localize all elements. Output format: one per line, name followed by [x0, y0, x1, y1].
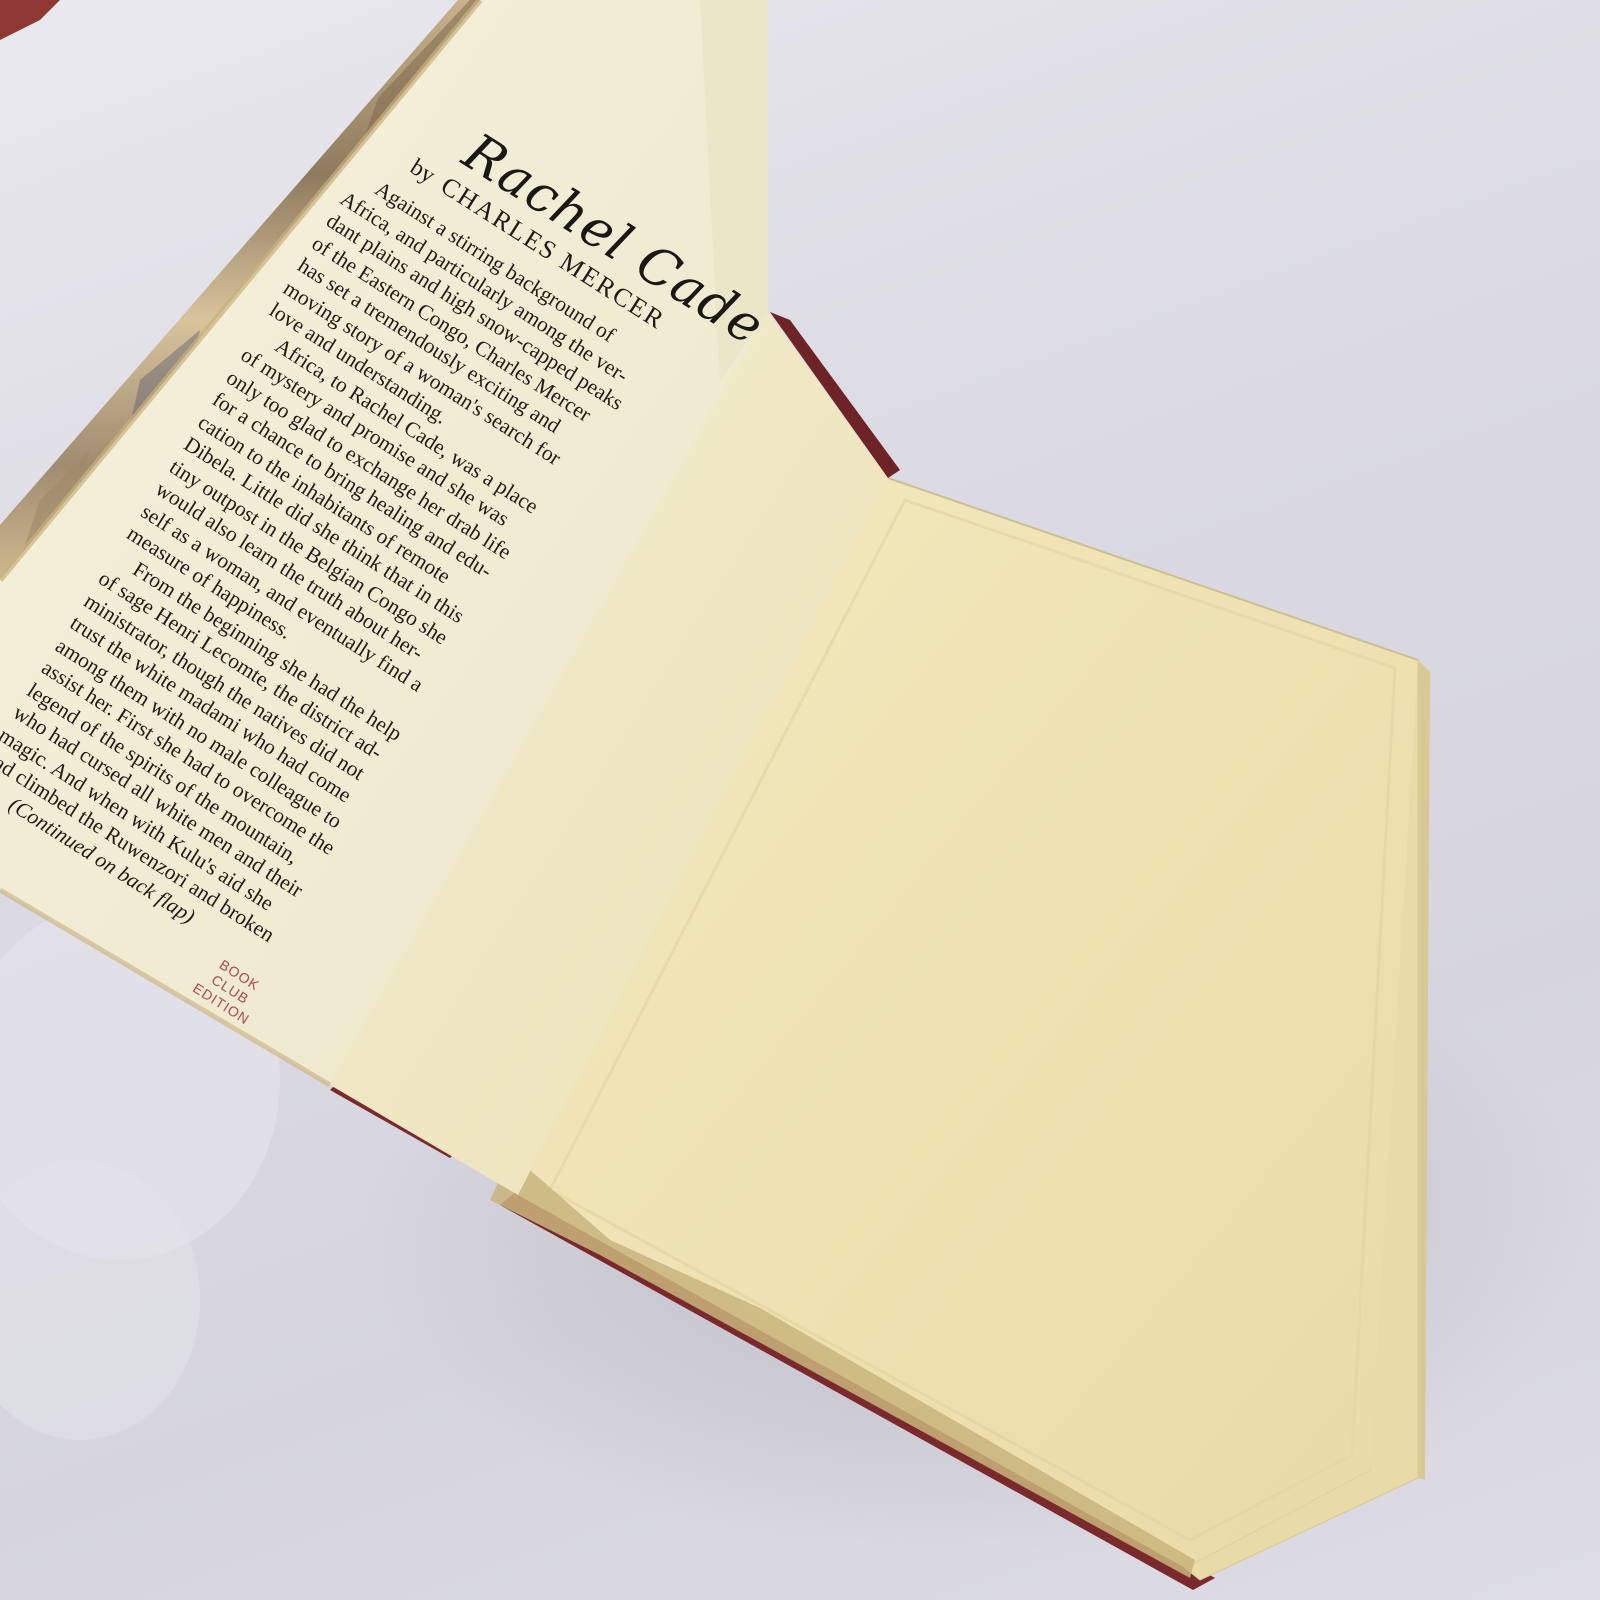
background-object [0, 0, 60, 40]
photo-scene: Rachel Cade byCHARLES MERCER Against a s… [0, 0, 1600, 1600]
